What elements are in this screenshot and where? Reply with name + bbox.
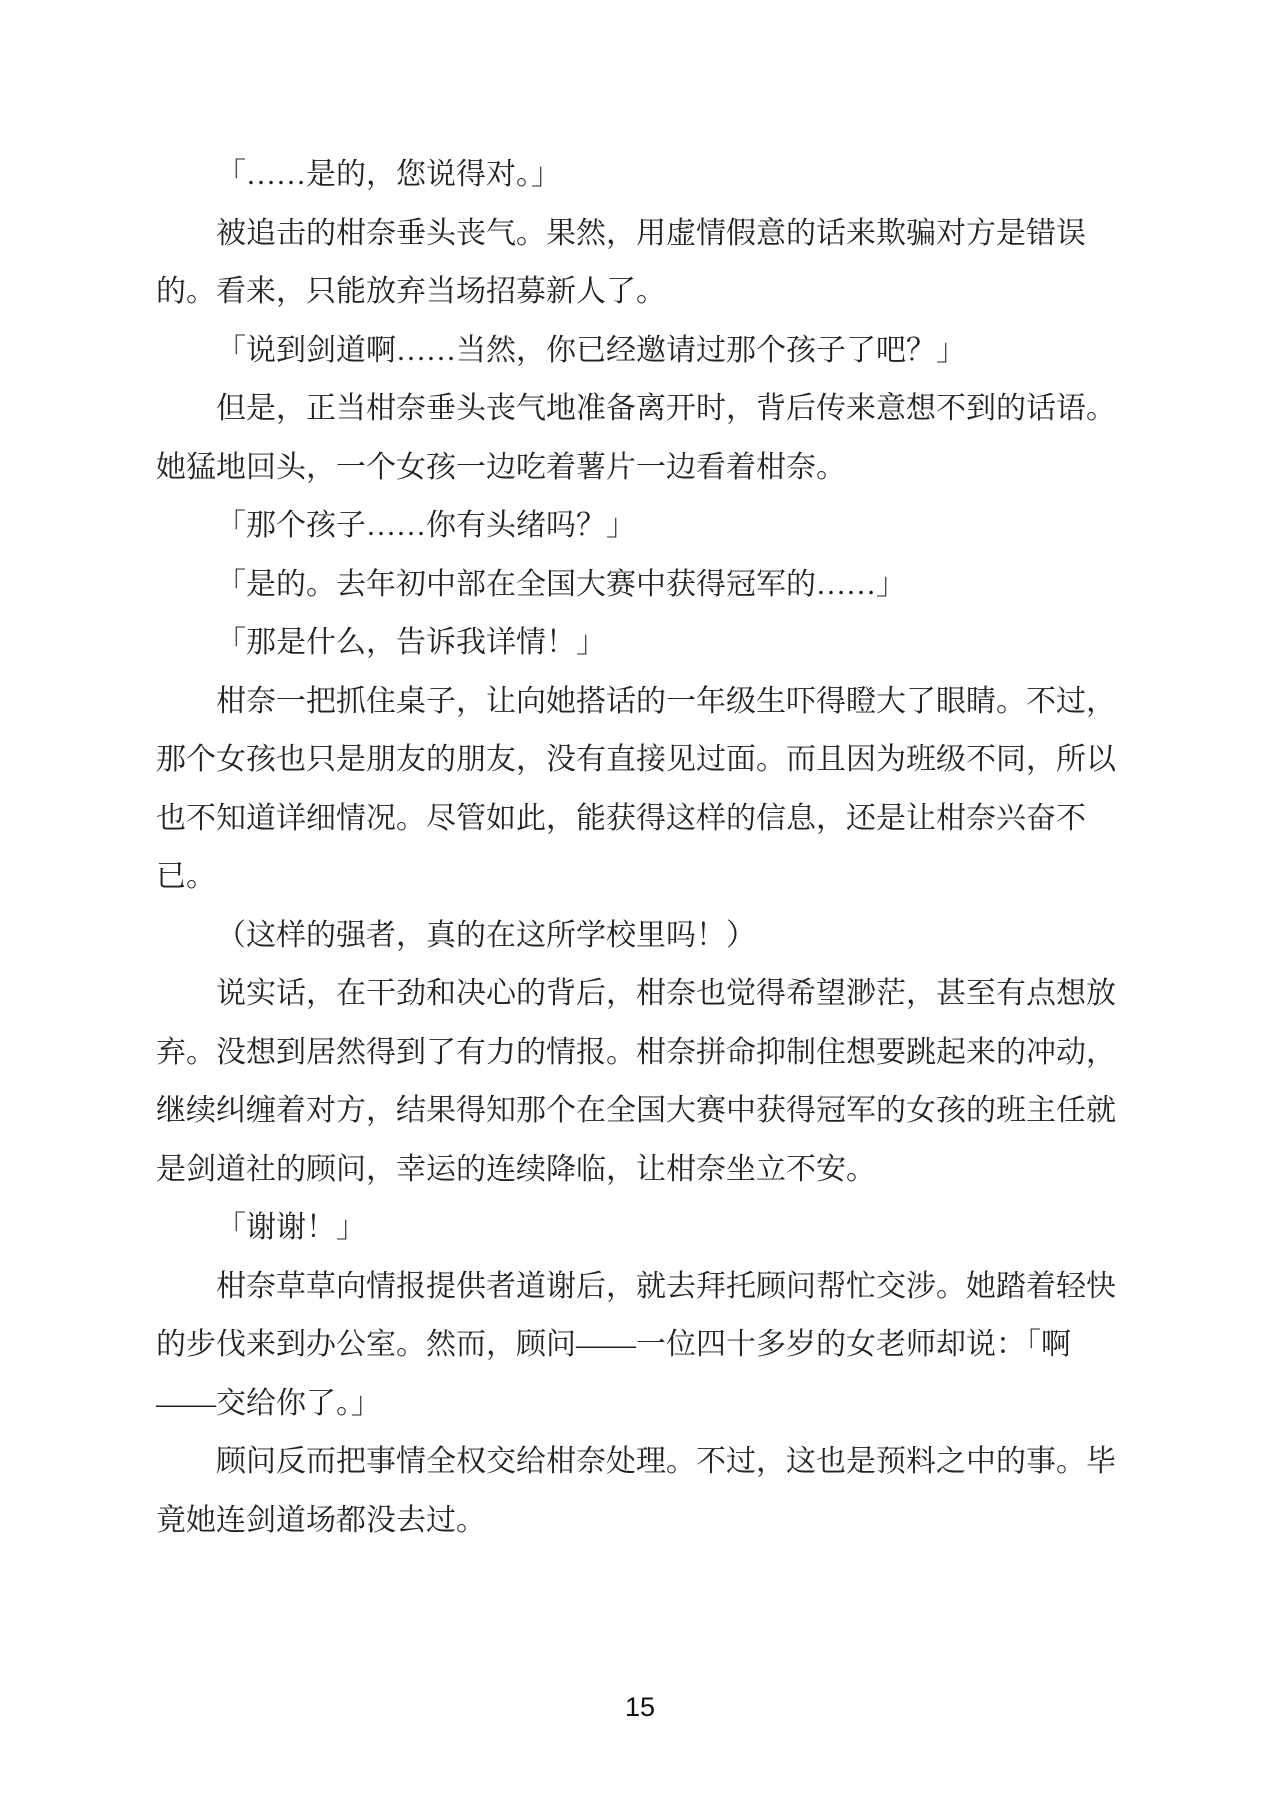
paragraph: 顾问反而把事情全权交给柑奈处理。不过，这也是预料之中的事。毕 竟她连剑道场都没去… [156, 1433, 1120, 1550]
paragraph: 「谢谢！」 [156, 1199, 1120, 1258]
text-line: 顾问反而把事情全权交给柑奈处理。不过，这也是预料之中的事。毕 [156, 1433, 1120, 1492]
text-line: 已。 [156, 848, 1120, 907]
text-line: 被追击的柑奈垂头丧气。果然，用虚情假意的话来欺骗对方是错误 [156, 205, 1120, 264]
page-number: 15 [0, 1692, 1280, 1723]
paragraph: 但是，正当柑奈垂头丧气地准备离开时，背后传来意想不到的话语。 她猛地回头，一个女… [156, 380, 1120, 497]
paragraph: 「是的。去年初中部在全国大赛中获得冠军的……」 [156, 556, 1120, 615]
paragraph: 柑奈草草向情报提供者道谢后，就去拜托顾问帮忙交涉。她踏着轻快 的步伐来到办公室。… [156, 1258, 1120, 1434]
text-line: 柑奈草草向情报提供者道谢后，就去拜托顾问帮忙交涉。她踏着轻快 [156, 1258, 1120, 1317]
text-line: 也不知道详细情况。尽管如此，能获得这样的信息，还是让柑奈兴奋不 [156, 790, 1120, 849]
text-line: 的。看来，只能放弃当场招募新人了。 [156, 263, 1120, 322]
text-line: 「说到剑道啊……当然，你已经邀请过那个孩子了吧？」 [156, 322, 1120, 381]
paragraph: 「说到剑道啊……当然，你已经邀请过那个孩子了吧？」 [156, 322, 1120, 381]
text-line: 弃。没想到居然得到了有力的情报。柑奈拼命抑制住想要跳起来的冲动， [156, 1024, 1120, 1083]
text-line: 说实话，在干劲和决心的背后，柑奈也觉得希望渺茫，甚至有点想放 [156, 965, 1120, 1024]
paragraph: 被追击的柑奈垂头丧气。果然，用虚情假意的话来欺骗对方是错误 的。看来，只能放弃当… [156, 205, 1120, 322]
text-line: 「谢谢！」 [156, 1199, 1120, 1258]
paragraph: 「那是什么，告诉我详情！」 [156, 614, 1120, 673]
paragraph: 说实话，在干劲和决心的背后，柑奈也觉得希望渺茫，甚至有点想放 弃。没想到居然得到… [156, 965, 1120, 1199]
body-text: 「……是的，您说得对。」 被追击的柑奈垂头丧气。果然，用虚情假意的话来欺骗对方是… [156, 146, 1120, 1550]
novel-page: 「……是的，您说得对。」 被追击的柑奈垂头丧气。果然，用虚情假意的话来欺骗对方是… [0, 0, 1280, 1810]
paragraph: （这样的强者，真的在这所学校里吗！） [156, 907, 1120, 966]
text-line: 的步伐来到办公室。然而，顾问——一位四十多岁的女老师却说：「啊 [156, 1316, 1120, 1375]
text-line: 「……是的，您说得对。」 [156, 146, 1120, 205]
text-line: 竟她连剑道场都没去过。 [156, 1492, 1120, 1551]
text-line: 「那个孩子……你有头绪吗？」 [156, 497, 1120, 556]
paragraph: 「……是的，您说得对。」 [156, 146, 1120, 205]
text-line: 「是的。去年初中部在全国大赛中获得冠军的……」 [156, 556, 1120, 615]
text-line: 她猛地回头，一个女孩一边吃着薯片一边看着柑奈。 [156, 439, 1120, 498]
text-line: 柑奈一把抓住桌子，让向她搭话的一年级生吓得瞪大了眼睛。不过， [156, 673, 1120, 732]
text-line: （这样的强者，真的在这所学校里吗！） [156, 907, 1120, 966]
text-line: 「那是什么，告诉我详情！」 [156, 614, 1120, 673]
paragraph: 柑奈一把抓住桌子，让向她搭话的一年级生吓得瞪大了眼睛。不过， 那个女孩也只是朋友… [156, 673, 1120, 907]
text-line: 继续纠缠着对方，结果得知那个在全国大赛中获得冠军的女孩的班主任就 [156, 1082, 1120, 1141]
paragraph: 「那个孩子……你有头绪吗？」 [156, 497, 1120, 556]
text-line: ——交给你了。」 [156, 1375, 1120, 1434]
text-line: 是剑道社的顾问，幸运的连续降临，让柑奈坐立不安。 [156, 1141, 1120, 1200]
text-line: 但是，正当柑奈垂头丧气地准备离开时，背后传来意想不到的话语。 [156, 380, 1120, 439]
text-line: 那个女孩也只是朋友的朋友，没有直接见过面。而且因为班级不同，所以 [156, 731, 1120, 790]
